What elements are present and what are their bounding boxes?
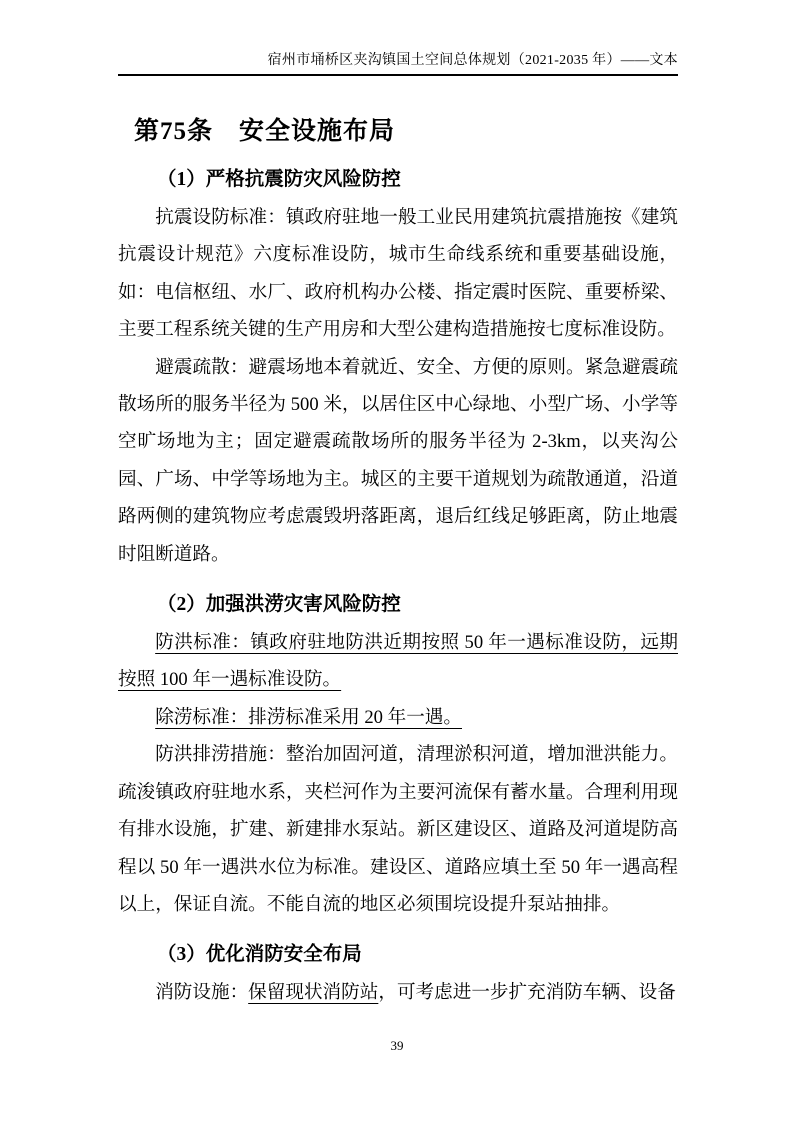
waterlogging-standard-paragraph: 除涝标准：排涝标准采用 20 年一遇。 <box>118 699 678 736</box>
fire-paragraph-prefix: 消防设施： <box>155 982 248 1003</box>
fire-paragraph-underlined-text: 保留现状消防站 <box>248 982 378 1003</box>
page-footer: 39 <box>0 1038 794 1054</box>
section-2-heading: （2）加强洪涝灾害风险防控 <box>118 586 678 624</box>
flood-measures-paragraph: 防洪排涝措施：整治加固河道，清理淤积河道，增加泄洪能力。疏浚镇政府驻地水系，夹栏… <box>118 736 678 923</box>
fire-facilities-paragraph: 消防设施：保留现状消防站，可考虑进一步扩充消防车辆、设备 <box>118 974 678 1011</box>
article-title: 第75条 安全设施布局 <box>134 116 678 148</box>
page-header: 宿州市埇桥区夹沟镇国土空间总体规划（2021-2035 年）——文本 <box>118 0 678 76</box>
page-content: 宿州市埇桥区夹沟镇国土空间总体规划（2021-2035 年）——文本 第75条 … <box>118 0 678 1012</box>
section-3-heading: （3）优化消防安全布局 <box>118 936 678 974</box>
header-title: 宿州市埇桥区夹沟镇国土空间总体规划（2021-2035 年）——文本 <box>268 53 678 68</box>
document-page: 宿州市埇桥区夹沟镇国土空间总体规划（2021-2035 年）——文本 第75条 … <box>0 0 794 1123</box>
seismic-standard-paragraph: 抗震设防标准：镇政府驻地一般工业民用建筑抗震措施按《建筑抗震设计规范》六度标准设… <box>118 199 678 349</box>
section-1-heading: （1）严格抗震防灾风险防控 <box>118 161 678 199</box>
fire-paragraph-suffix: ，可考虑进一步扩充消防车辆、设备 <box>378 982 676 1003</box>
evacuation-paragraph: 避震疏散：避震场地本着就近、安全、方便的原则。紧急避震疏散场所的服务半径为 50… <box>118 349 678 573</box>
page-number: 39 <box>391 1038 404 1053</box>
flood-control-standard-paragraph: 防洪标准：镇政府驻地防洪近期按照 50 年一遇标准设防，远期按照 100 年一遇… <box>118 624 678 699</box>
